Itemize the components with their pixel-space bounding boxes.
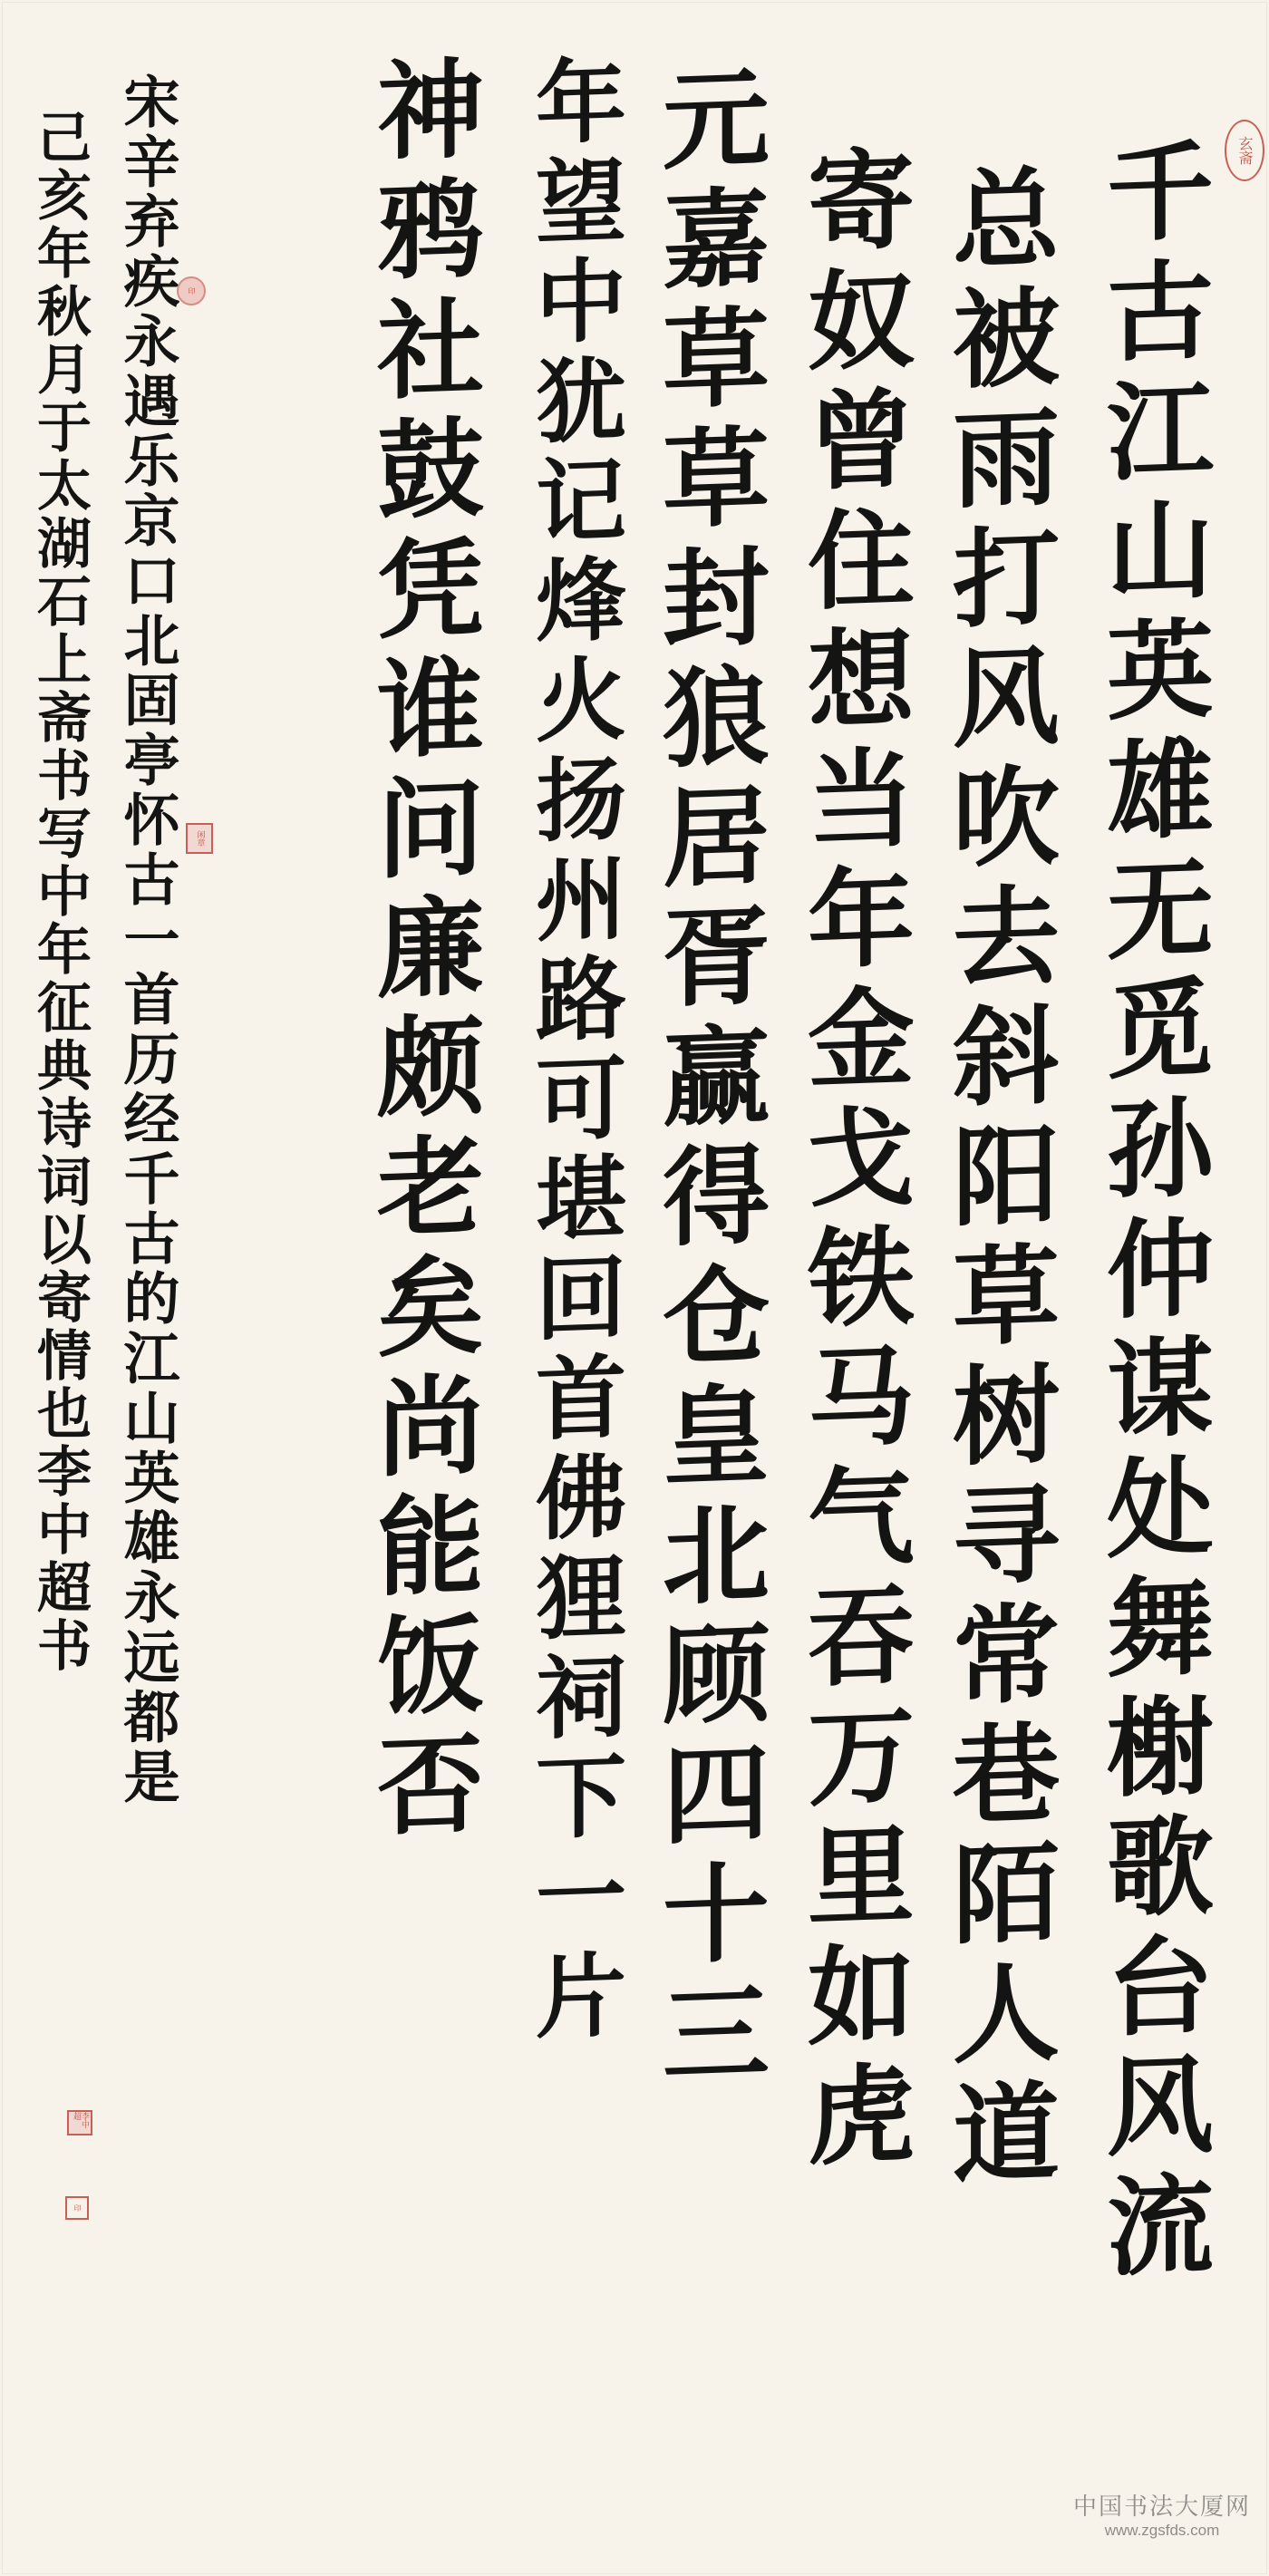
inscription-round-seal: 印	[177, 276, 206, 305]
poem-column-3: 寄奴曾住想当年金戈铁马气吞万里如虎	[789, 143, 915, 2182]
poem-column-2: 总被雨打风吹去斜阳草树寻常巷陌人道	[934, 161, 1061, 2200]
poem-column-1: 千古江山英雄无觅孙仲谋处舞榭歌台风流	[1088, 134, 1215, 2292]
signature-seal-1: 李中超	[67, 2110, 92, 2135]
site-watermark: 中国书法大厦网 www.zgsfds.com	[1073, 2488, 1251, 2540]
scroll-paper	[0, 0, 1269, 2576]
inscription-column-2: 己亥年秋月于太湖石上斋书写中年征典诗词以寄情也李中超书	[27, 109, 92, 1675]
inscription-column-1: 宋辛弃疾永遇乐京口北固亭怀古一首历经千古的江山英雄永远都是	[113, 73, 180, 1807]
signature-seal-2: 印	[65, 2196, 89, 2220]
leading-seal: 玄斋	[1225, 120, 1264, 181]
poem-column-4: 元嘉草草封狼居胥赢得仓皇北顾四十三	[644, 62, 770, 2100]
inscription-middle-seal: 闲章	[186, 823, 213, 854]
watermark-url: www.zgsfds.com	[1073, 2522, 1251, 2540]
watermark-site-name: 中国书法大厦网	[1073, 2488, 1251, 2522]
poem-column-5: 年望中犹记烽火扬州路可堪回首佛狸祠下一片	[517, 53, 631, 2050]
poem-column-6: 神鸦社鼓凭谁问廉颇老矣尚能饭否	[358, 53, 485, 1852]
